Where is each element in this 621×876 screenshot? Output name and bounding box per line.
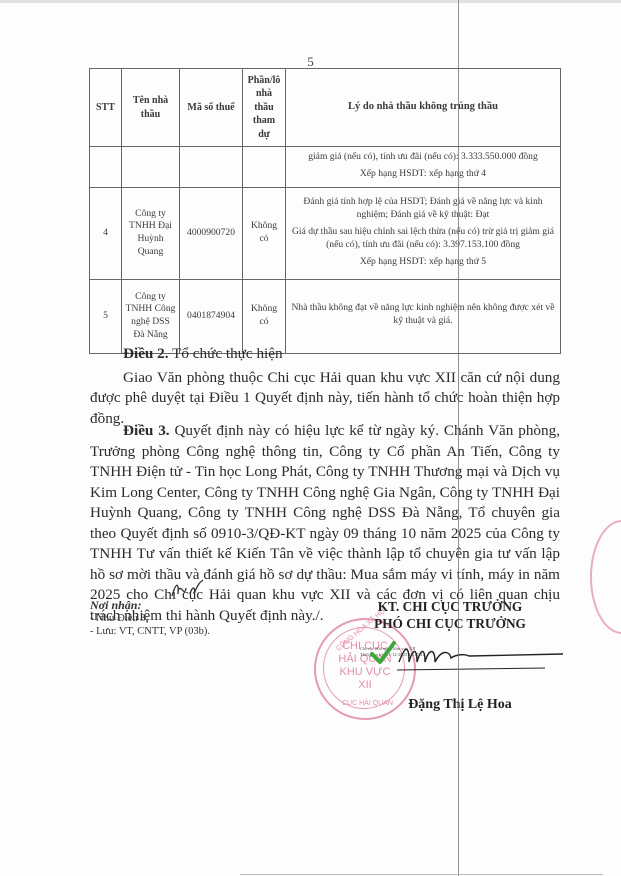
recipients-block: Nơi nhận: - Như Điều 3; - Lưu: VT, CNTT,…: [90, 599, 210, 638]
row-stt: 4: [90, 187, 122, 279]
header-reason: Lý do nhà thầu không trúng thầu: [286, 69, 561, 147]
sign-title-line2: PHÓ CHI CỤC TRƯỞNG: [340, 615, 560, 632]
reason-cell: Đánh giá tính hợp lệ của HSDT; Đánh giá …: [286, 187, 561, 279]
header-bidder-name: Tên nhà thầu: [122, 69, 180, 147]
article-2: Điều 2. Tổ chức thực hiện Giao Văn phòng…: [90, 344, 560, 429]
row-bidder-name: Công ty TNHH Công nghệ DSS Đà Nẵng: [122, 279, 180, 353]
row-stt: 5: [90, 279, 122, 353]
table-row: 5 Công ty TNHH Công nghệ DSS Đà Nẵng 040…: [90, 279, 561, 353]
signer-name: Đặng Thị Lệ Hoa: [360, 697, 560, 713]
article-3: Điều 3. Quyết định này có hiệu lực kể từ…: [90, 421, 560, 626]
recipients-title: Nơi nhận:: [90, 599, 210, 612]
article-3-body: Quyết định này có hiệu lực kể từ ngày ký…: [90, 422, 560, 624]
article-2-label: Điều 2.: [123, 345, 169, 362]
initials-mark: [170, 578, 204, 600]
reason-cell: Nhà thầu không đạt về năng lực kinh nghi…: [286, 279, 561, 353]
signature-block: KT. CHI CỤC TRƯỞNG PHÓ CHI CỤC TRƯỞNG: [340, 598, 560, 632]
recipient-item: - Lưu: VT, CNTT, VP (03b).: [90, 625, 210, 638]
page-bottom-edge: [240, 874, 603, 875]
page-top-edge: [0, 0, 621, 3]
recipient-item: - Như Điều 3;: [90, 612, 210, 625]
bid-results-table: STT Tên nhà thầu Mã số thuế Phần/lô nhà …: [89, 68, 561, 354]
article-2-title: Tổ chức thực hiện: [172, 345, 283, 362]
handwritten-signature: [395, 636, 565, 676]
header-stt: STT: [90, 69, 122, 147]
table-row-continuation: giảm giá (nếu có), tính ưu đãi (nếu có):…: [90, 147, 561, 188]
row-tax-code: 4000900720: [180, 187, 243, 279]
header-lot: Phần/lô nhà thầu tham dự: [243, 69, 286, 147]
header-tax-code: Mã số thuế: [180, 69, 243, 147]
table-row: 4 Công ty TNHH Đại Huỳnh Quang 400090072…: [90, 187, 561, 279]
article-2-body: Giao Văn phòng thuộc Chi cục Hải quan kh…: [90, 368, 560, 430]
sign-title-line1: KT. CHI CỤC TRƯỞNG: [340, 598, 560, 615]
article-3-label: Điều 3.: [123, 422, 170, 439]
row-bidder-name: Công ty TNHH Đại Huỳnh Quang: [122, 187, 180, 279]
edge-stamp-fragment: [590, 520, 621, 634]
row-lot: Không có: [243, 187, 286, 279]
digital-signature-check-icon: [370, 640, 396, 666]
row-tax-code: 0401874904: [180, 279, 243, 353]
row-lot: Không có: [243, 279, 286, 353]
reason-cell: giảm giá (nếu có), tính ưu đãi (nếu có):…: [286, 147, 561, 188]
scan-artifact-line: [458, 0, 459, 876]
